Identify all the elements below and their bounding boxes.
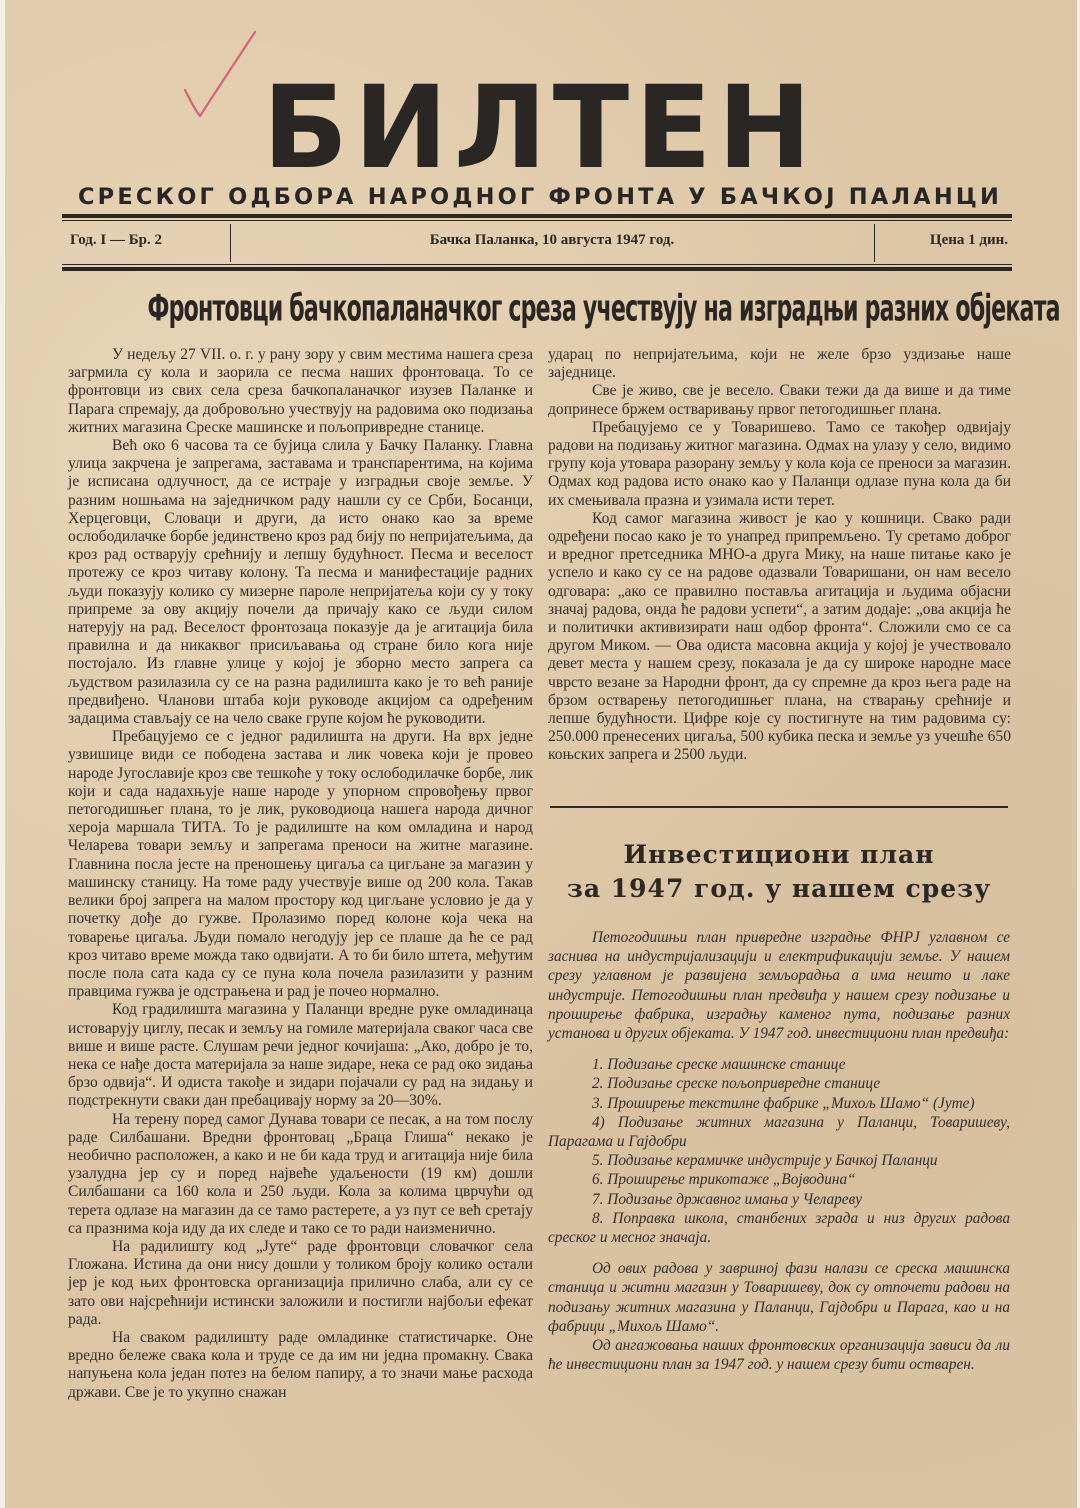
section-divider [550,806,1008,808]
masthead-rule-top [62,214,1012,218]
plan-item: 2. Подизање среске пољопривредне станице [548,1074,1010,1093]
article-headline: Фронтовци бачкопаланачког среза учествуј… [148,288,927,330]
paragraph: Од ових радова у завршној фази налази се… [548,1259,1010,1336]
paragraph: Пребацујемо се с једног радилишта на дру… [68,728,533,1001]
section-title-line2: за 1947 год. у нашем срезу [548,872,1010,906]
masthead-rule-top-thin [62,220,1012,221]
paragraph: На сваком радилишту раде омладинке стати… [68,1329,533,1402]
paragraph: Већ око 6 часова та се бујица слила у Ба… [68,437,533,728]
section-title-line1: Инвестициони план [548,838,1010,872]
issue-info-bar: Год. I — Бр. 2 Бачка Паланка, 10 августа… [62,224,1012,262]
infobar-rule-bottom [62,267,1012,271]
section-title: Инвестициони план за 1947 год. у нашем с… [548,838,1010,906]
paragraph: Све је живо, све је весело. Сваки тежи д… [548,382,1011,418]
article-column-right: ударац по непријатељима, који не желе бр… [548,346,1011,765]
place-date: Бачка Паланка, 10 августа 1947 год. [230,232,874,249]
paragraph: Пребацујемо се у Товаришево. Тамо се так… [548,419,1011,510]
scan-edge-left [0,0,5,1508]
masthead-title: БИЛТЕН [0,71,1080,185]
issue-price: Цена 1 дин. [930,232,1008,249]
paragraph: Код самог магазина живост је као у кошни… [548,510,1011,765]
plan-item: 1. Подизање среске машинске станице [548,1055,1010,1074]
paragraph: Од ангажовања наших фронтовских организа… [548,1336,1010,1374]
paragraph-continuation: ударац по непријатељима, који не желе бр… [548,346,1011,382]
infobar-rule-thin [62,264,1012,265]
paragraph: Петогодишњи план привредне изградње ФНРЈ… [548,928,1010,1043]
paragraph: На терену поред самог Дунава товари се п… [68,1111,533,1238]
plan-item: 5. Подизање керамичке индустрије у Бачко… [548,1151,1010,1170]
paragraph: На радилишту код „Јуте“ раде фронтовци с… [68,1238,533,1329]
article-column-left: У недељу 27 VII. о. г. у рану зору у сви… [68,346,533,1402]
plan-item: 6. Проширење трикотаже „Војводина“ [548,1170,1010,1189]
investment-plan-text: Петогодишњи план привредне изградње ФНРЈ… [548,928,1010,1374]
plan-item: 8. Поправка школа, станбених зграда и ни… [548,1209,1010,1247]
issue-number: Год. I — Бр. 2 [70,232,162,249]
plan-item: 4) Подизање житних магазина у Паланци, Т… [548,1113,1010,1151]
plan-item: 7. Подизање државног имања у Челареву [548,1190,1010,1209]
info-divider [874,224,875,262]
paragraph: Код градилишта магазина у Паланци вредне… [68,1001,533,1110]
masthead-subtitle: СРЕСКОГ ОДБОРА НАРОДНОГ ФРОНТА У БАЧКОЈ … [66,184,1014,210]
paragraph: У недељу 27 VII. о. г. у рану зору у сви… [68,346,533,437]
plan-item: 3. Проширење текстилне фабрике „Михољ Ша… [548,1094,1010,1113]
